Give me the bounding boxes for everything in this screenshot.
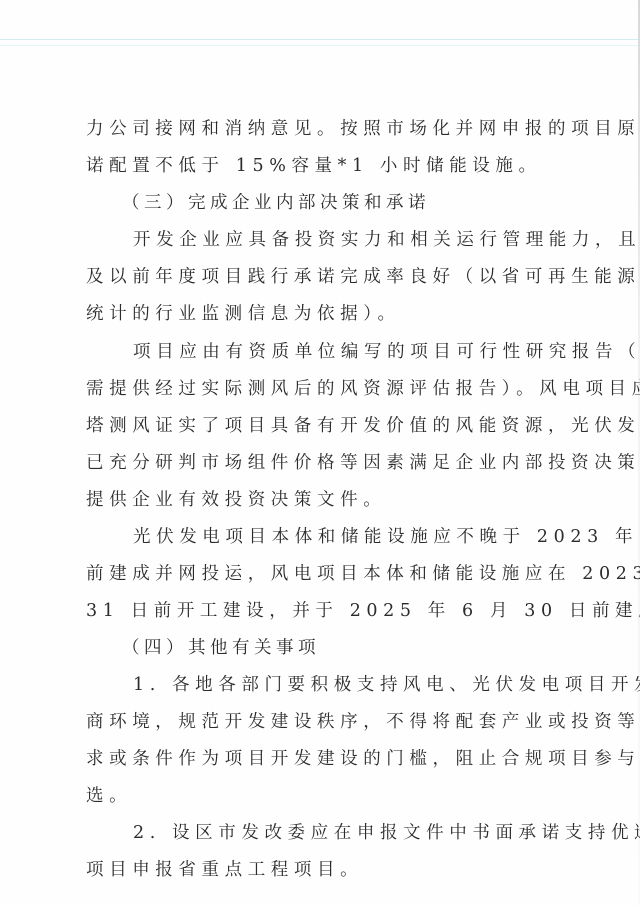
scan-artifact-line <box>0 45 640 46</box>
paragraph-line: 及以前年度项目践行承诺完成率良好（以省可再生能源信息中心 <box>86 266 566 288</box>
document-page: 力公司接网和消纳意见。按照市场化并网申报的项目原则上应承 诺配置不低于 15%容… <box>0 0 640 905</box>
paragraph-line: 需提供经过实际测风后的风资源评估报告）。风电项目应通过立 <box>86 378 566 400</box>
paragraph-line: 塔测风证实了项目具备有开发价值的风能资源，光伏发电项目应 <box>86 415 566 437</box>
section-heading-3: （三）完成企业内部决策和承诺 <box>122 192 602 214</box>
paragraph-line: 选。 <box>86 785 566 807</box>
list-item-2: 2. 设区市发改委应在申报文件中书面承诺支持优选通过的 <box>133 822 613 844</box>
list-item-1: 1. 各地各部门要积极支持风电、光伏发电项目开发，优化营 <box>133 674 613 696</box>
paragraph-line: 求或条件作为项目开发建设的门槛，阻止合规项目参与竞争优 <box>86 748 566 770</box>
paragraph-line: 光伏发电项目本体和储能设施应不晚于 2023 年 12 月 31 日 <box>133 526 613 548</box>
paragraph-line: 项目申报省重点工程项目。 <box>86 859 566 881</box>
paragraph-line: 31 日前开工建设，并于 2025 年 6 月 30 日前建成并网投运。 <box>86 600 566 622</box>
paragraph-line: 前建成并网投运，风电项目本体和储能设施应在 2023 年 12 月 <box>86 563 566 585</box>
paragraph-line: 诺配置不低于 15%容量*1 小时储能设施。 <box>86 155 566 177</box>
paragraph-line: 力公司接网和消纳意见。按照市场化并网申报的项目原则上应承 <box>86 118 566 140</box>
scan-artifact-line <box>0 39 640 40</box>
paragraph-line: 商环境，规范开发建设秩序，不得将配套产业或投资等不合理要 <box>86 711 566 733</box>
paragraph-line: 已充分研判市场组件价格等因素满足企业内部投资决策要求并 <box>86 452 566 474</box>
paragraph-line: 项目应由有资质单位编写的项目可行性研究报告（风电项目 <box>133 341 613 363</box>
paragraph-line: 统计的行业监测信息为依据）。 <box>86 303 566 325</box>
paragraph-line: 开发企业应具备投资实力和相关运行管理能力，且 2021 年 <box>133 229 613 251</box>
section-heading-4: （四）其他有关事项 <box>122 637 602 659</box>
paragraph-line: 提供企业有效投资决策文件。 <box>86 489 566 511</box>
